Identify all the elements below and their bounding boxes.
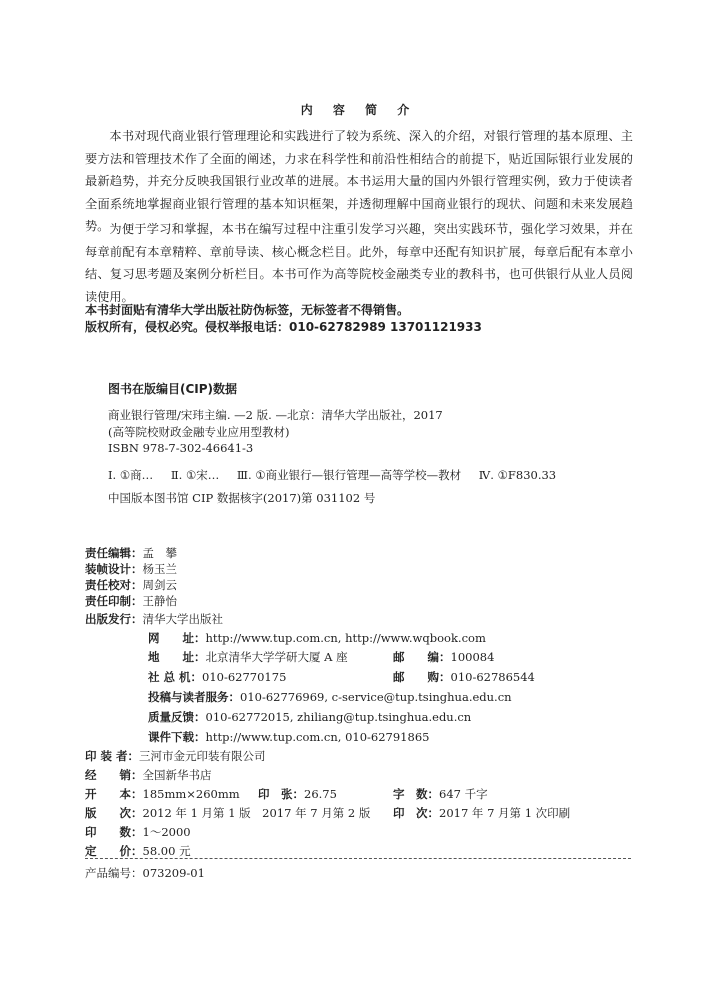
cip-title: 图书在版编目(CIP)数据 <box>108 380 237 397</box>
credit-design: 装帧设计：杨玉兰 <box>85 561 177 578</box>
credit-word-count: 字 数：647 千字 <box>393 786 488 803</box>
cip-line: (高等院校财政金融专业应用型教材) <box>108 424 443 441</box>
credit-reader-service: 投稿与读者服务：010-62776969, c-service@tup.tsin… <box>148 689 512 706</box>
credits-block: 责任编辑：孟 攀 装帧设计：杨玉兰 责任校对：周剑云 责任印制：王静怡 出版发行… <box>85 545 645 855</box>
product-number: 产品编号：073209-01 <box>85 865 205 881</box>
notice-line-2: 版权所有，侵权必究。侵权举报电话：010-62782989 1370112193… <box>85 319 482 336</box>
cip-class-item: Ⅱ. ①宋… <box>171 468 219 482</box>
credit-proofread: 责任校对：周剑云 <box>85 577 177 594</box>
credit-publisher: 出版发行：清华大学出版社 <box>85 611 223 628</box>
anti-counterfeit-notice: 本书封面贴有清华大学出版社防伪标签，无标签者不得销售。 版权所有，侵权必究。侵权… <box>85 302 482 336</box>
credit-switchboard: 社 总 机：010-62770175 <box>148 669 286 686</box>
credit-postcode: 邮 编：100084 <box>393 649 494 666</box>
credit-courseware: 课件下载：http://www.tup.com.cn, 010-62791865 <box>148 729 429 746</box>
credit-address: 地 址：北京清华大学学研大厦 A 座 <box>148 649 348 666</box>
notice-line-1: 本书封面贴有清华大学出版社防伪标签，无标签者不得销售。 <box>85 302 482 319</box>
intro-paragraph-2: 为便于学习和掌握，本书在编写过程中注重引发学习兴趣，突出实践环节，强化学习效果，… <box>85 218 633 308</box>
cip-record: 商业银行管理/宋玮主编. —2 版. —北京：清华大学出版社，2017 (高等院… <box>108 407 443 457</box>
credit-distributor: 经 销：全国新华书店 <box>85 767 212 784</box>
dashed-divider <box>85 858 631 859</box>
cip-class-item: Ⅲ. ①商业银行—银行管理—高等学校—教材 <box>237 468 461 482</box>
cip-check-number: 中国版本图书馆 CIP 数据核字(2017)第 031102 号 <box>108 490 375 506</box>
credit-format: 开 本：185mm×260mm <box>85 786 240 803</box>
cip-class-item: Ⅳ. ①F830.33 <box>479 468 556 482</box>
credit-website: 网 址：http://www.tup.com.cn, http://www.wq… <box>148 630 486 647</box>
cip-classification: Ⅰ. ①商… Ⅱ. ①宋… Ⅲ. ①商业银行—银行管理—高等学校—教材 Ⅳ. ①… <box>108 467 570 483</box>
credit-printing-supervisor: 责任印制：王静怡 <box>85 593 177 610</box>
section-title: 内 容 简 介 <box>0 101 718 118</box>
cip-line: 商业银行管理/宋玮主编. —2 版. —北京：清华大学出版社，2017 <box>108 407 443 424</box>
credit-impression: 印 次：2017 年 7 月第 1 次印刷 <box>393 805 570 822</box>
cip-line: ISBN 978-7-302-46641-3 <box>108 440 443 457</box>
credit-quality-feedback: 质量反馈：010-62772015, zhiliang@tup.tsinghua… <box>148 709 471 726</box>
credit-editor: 责任编辑：孟 攀 <box>85 545 177 562</box>
credit-sheets: 印 张：26.75 <box>258 786 337 803</box>
credit-print-run: 印 数：1～2000 <box>85 824 191 841</box>
credit-mail-order: 邮 购：010-62786544 <box>393 669 535 686</box>
credit-edition: 版 次：2012 年 1 月第 1 版 2017 年 7 月第 2 版 <box>85 805 370 822</box>
credit-printer: 印 装 者：三河市金元印装有限公司 <box>85 748 266 765</box>
cip-class-item: Ⅰ. ①商… <box>108 468 153 482</box>
